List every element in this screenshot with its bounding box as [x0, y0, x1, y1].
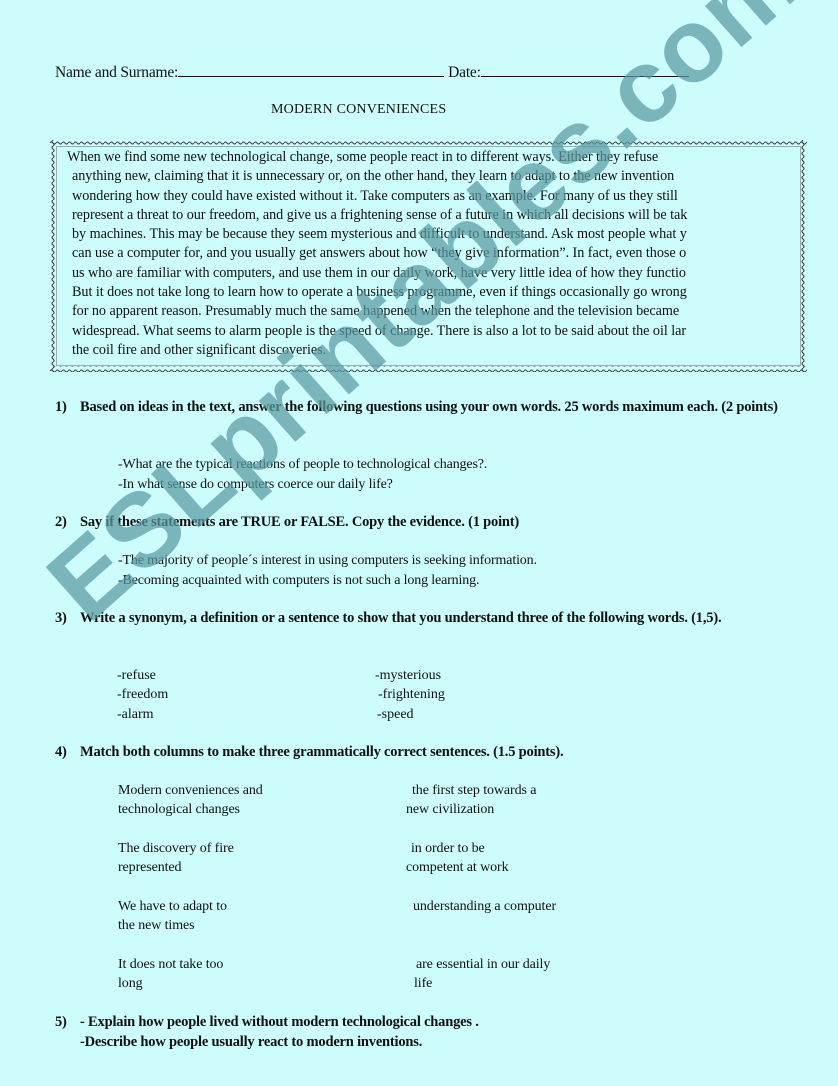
- passage-line: us who are familiar with computers, and …: [68, 264, 807, 283]
- passage-line: by machines. This may be because they se…: [68, 225, 807, 244]
- match-text: new civilization: [406, 800, 536, 819]
- question-3: 3) Write a synonym, a definition or a se…: [55, 609, 780, 629]
- passage-line: represent a threat to our freedom, and g…: [68, 206, 807, 225]
- passage-line: widespread. What seems to alarm people i…: [68, 322, 807, 341]
- match-right-item: in order to be competent at work: [406, 839, 509, 878]
- passage-line: wondering how they could have existed wi…: [68, 187, 807, 206]
- passage-line: can use a computer for, and you usually …: [68, 244, 807, 263]
- question-1: 1) Based on ideas in the text, answer th…: [55, 398, 780, 418]
- match-text: It does not take too: [118, 955, 223, 974]
- question-item: -What are the typical reactions of peopl…: [118, 455, 487, 475]
- passage-line: anything new, claiming that it is unnece…: [68, 167, 807, 186]
- question-prompt: Match both columns to make three grammat…: [80, 743, 780, 763]
- vocab-word: -speed: [375, 705, 445, 724]
- worksheet-title: MODERN CONVENIENCES: [271, 102, 446, 118]
- passage-line: the coil fire and other significant disc…: [68, 341, 807, 360]
- match-text: in order to be: [406, 839, 509, 858]
- vocab-word: -refuse: [117, 666, 168, 685]
- question-prompt: Write a synonym, a definition or a sente…: [80, 609, 780, 629]
- question-item: -In what sense do computers coerce our d…: [118, 475, 487, 495]
- match-right-item: are essential in our daily life: [406, 955, 550, 994]
- passage-line: for no apparent reason. Presumably much …: [68, 302, 807, 321]
- match-text: The discovery of fire: [118, 839, 234, 858]
- match-text: life: [406, 974, 550, 993]
- vocab-word: -frightening: [375, 685, 445, 704]
- date-label: Date:: [448, 64, 481, 82]
- worksheet-page: Name and Surname:Date: MODERN CONVENIENC…: [0, 0, 838, 1086]
- question-number: 1): [55, 398, 67, 418]
- statement-item: -Becoming acquainted with computers is n…: [118, 571, 537, 591]
- reading-passage-box: When we find some new technological chan…: [50, 140, 807, 372]
- vocab-word: -alarm: [117, 705, 168, 724]
- question-number: 5): [55, 1013, 67, 1033]
- passage-text: When we find some new technological chan…: [68, 148, 807, 360]
- question-prompt: Based on ideas in the text, answer the f…: [80, 398, 780, 418]
- question-number: 3): [55, 609, 67, 629]
- match-right-item: the first step towards a new civilizatio…: [406, 781, 536, 820]
- match-text: long: [118, 974, 223, 993]
- question-5: 5) - Explain how people lived without mo…: [55, 1013, 479, 1052]
- name-blank-field[interactable]: [178, 62, 444, 77]
- vocab-list-right: -mysterious -frightening -speed: [375, 666, 445, 724]
- question-prompt: - Explain how people lived without moder…: [80, 1013, 479, 1033]
- match-text: competent at work: [406, 858, 509, 877]
- question-prompt: -Describe how people usually react to mo…: [80, 1033, 479, 1053]
- match-text: understanding a computer: [406, 897, 556, 916]
- match-text: technological changes: [118, 800, 263, 819]
- vocab-list-left: -refuse -freedom -alarm: [117, 666, 168, 724]
- statement-item: -The majority of people´s interest in us…: [118, 551, 537, 571]
- match-text: We have to adapt to: [118, 897, 227, 916]
- question-number: 2): [55, 513, 67, 533]
- question-4: 4) Match both columns to make three gram…: [55, 743, 780, 763]
- match-left-item: The discovery of fire represented: [118, 839, 234, 878]
- question-2-items: -The majority of people´s interest in us…: [118, 551, 537, 590]
- vocab-word: -freedom: [117, 685, 168, 704]
- match-text: the new times: [118, 916, 227, 935]
- date-blank-field[interactable]: [481, 62, 689, 77]
- question-prompt: Say if these statements are TRUE or FALS…: [80, 513, 780, 533]
- vocab-word: -mysterious: [375, 666, 445, 685]
- match-text: the first step towards a: [406, 781, 536, 800]
- question-number: 4): [55, 743, 67, 763]
- match-text: Modern conveniences and: [118, 781, 263, 800]
- passage-line: But it does not take long to learn how t…: [68, 283, 807, 302]
- match-text: represented: [118, 858, 234, 877]
- match-left-item: Modern conveniences and technological ch…: [118, 781, 263, 820]
- passage-line: When we find some new technological chan…: [67, 148, 807, 167]
- match-left-item: It does not take too long: [118, 955, 223, 994]
- question-1-items: -What are the typical reactions of peopl…: [118, 455, 487, 494]
- match-left-item: We have to adapt to the new times: [118, 897, 227, 936]
- name-label: Name and Surname:: [55, 64, 178, 82]
- question-2: 2) Say if these statements are TRUE or F…: [55, 513, 780, 533]
- student-info-line: Name and Surname:Date:: [55, 62, 689, 82]
- match-text: are essential in our daily: [406, 955, 550, 974]
- match-right-item: understanding a computer: [406, 897, 556, 916]
